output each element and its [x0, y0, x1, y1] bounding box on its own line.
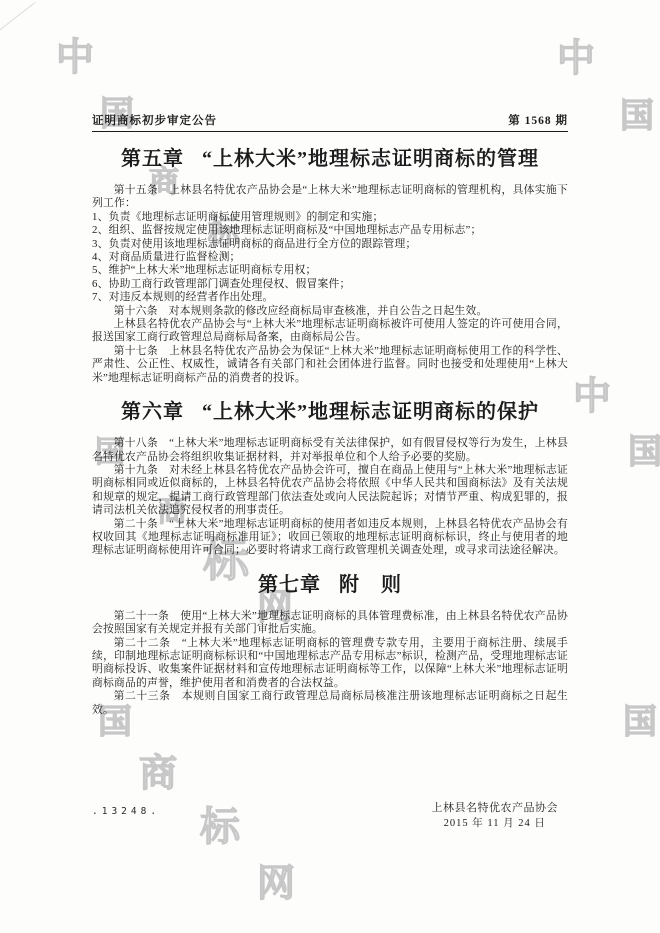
watermark-char: 中 — [573, 377, 611, 415]
paragraph: 第二十三条 本规则自国家工商行政管理总局商标局核准注册该地理标志证明商标之日起生… — [92, 690, 568, 717]
paragraph: 7、对违反本规则的经营者作出处理。 — [92, 291, 568, 304]
gazette-title: 证明商标初步审定公告 — [92, 112, 217, 128]
issue-number: 第 1568 期 — [508, 112, 568, 128]
chapter-title: 第六章“上林大米”地理标志证明商标的保护 — [92, 399, 568, 425]
paragraph: 第二十条 “上林大米”地理标志证明商标的使用者如违反本规则，上林县名特优农产品协… — [92, 518, 568, 558]
chapter-section: 第六章“上林大米”地理标志证明商标的保护第十八条 “上林大米”地理标志证明商标受… — [92, 399, 568, 558]
signature-inner: 上林县名特优农产品协会 2015 年 11 月 24 日 — [432, 801, 559, 831]
paragraph: 第十五条 上林县名特优农产品协会是“上林大米”地理标志证明商标的管理机构，具体实… — [92, 184, 568, 211]
signature-date: 2015 年 11 月 24 日 — [432, 816, 559, 831]
document-content: 证明商标初步审定公告 第 1568 期 第五章“上林大米”地理标志证明商标的管理… — [92, 112, 568, 831]
chapter-number: 第七章 — [258, 574, 321, 596]
paragraph: 上林县名特优农产品协会与“上林大米”地理标志证明商标被许可使用人签定的许可使用合… — [92, 318, 568, 345]
paragraph: 5、维护“上林大米”地理标志证明商标专用权； — [92, 264, 568, 277]
paragraph: 1、负责《地理标志证明商标使用管理规则》的制定和实施； — [92, 211, 568, 224]
watermark-char: 中 — [557, 39, 595, 77]
chapter-name: “上林大米”地理标志证明商标的管理 — [202, 148, 539, 170]
paragraph: 6、协助工商行政管理部门调查处理侵权、假冒案件； — [92, 278, 568, 291]
paragraph: 第十六条 对本规则条款的修改应经商标局审查核准，并自公告之日起生效。 — [92, 305, 568, 318]
chapter-title: 第五章“上林大米”地理标志证明商标的管理 — [92, 146, 568, 172]
paragraph: 第二十一条 使用“上林大米”地理标志证明商标的具体管理费标准，由上林县名特优农产… — [92, 610, 568, 637]
chapter-name: 附 则 — [339, 574, 402, 596]
gazette-header: 证明商标初步审定公告 第 1568 期 — [92, 112, 568, 132]
paragraph: 第十九条 对未经上林县名特优农产品协会许可，擅自在商品上使用与“上林大米”地理标… — [92, 464, 568, 518]
chapter-title: 第七章附 则 — [92, 572, 568, 598]
paragraph: 第二十二条 “上林大米”地理标志证明商标的管理费专款专用，主要用于商标注册、续展… — [92, 637, 568, 691]
signature-organization: 上林县名特优农产品协会 — [432, 801, 559, 816]
chapters: 第五章“上林大米”地理标志证明商标的管理第十五条 上林县名特优农产品协会是“上林… — [92, 146, 568, 717]
chapter-section: 第五章“上林大米”地理标志证明商标的管理第十五条 上林县名特优农产品协会是“上林… — [92, 146, 568, 385]
scan-corner-artifact — [0, 2, 35, 31]
watermark-char: 中 — [56, 38, 94, 76]
scanned-gazette-page: { "header": { "left_title": "证明商标初步审定公告"… — [0, 0, 660, 933]
chapter-number: 第五章 — [121, 148, 184, 170]
paragraph: 第十八条 “上林大米”地理标志证明商标受有关法律保护，如有假冒侵权等行为发生，上… — [92, 437, 568, 464]
paragraph: 4、对商品质量进行监督检测； — [92, 251, 568, 264]
watermark-char: 国 — [623, 705, 657, 739]
paragraph: 第十七条 上林县名特优农产品协会为保证“上林大米”地理标志证明商标使用工作的科学… — [92, 345, 568, 385]
signature-block: 上林县名特优农产品协会 2015 年 11 月 24 日 — [92, 801, 558, 831]
watermark-char: 网 — [257, 864, 295, 902]
chapter-section: 第七章附 则第二十一条 使用“上林大米”地理标志证明商标的具体管理费标准，由上林… — [92, 572, 568, 717]
chapter-number: 第六章 — [121, 401, 184, 423]
watermark-char: 国 — [628, 435, 660, 469]
paragraph: 2、组织、监督按规定使用该地理标志证明商标及“中国地理标志产品专用标志”； — [92, 224, 568, 237]
watermark-char: 国 — [620, 99, 654, 133]
page-code: .13248. — [92, 806, 160, 817]
paragraph: 3、负责对使用该地理标志证明商标的商品进行全方位的跟踪管理； — [92, 238, 568, 251]
chapter-name: “上林大米”地理标志证明商标的保护 — [202, 401, 539, 423]
